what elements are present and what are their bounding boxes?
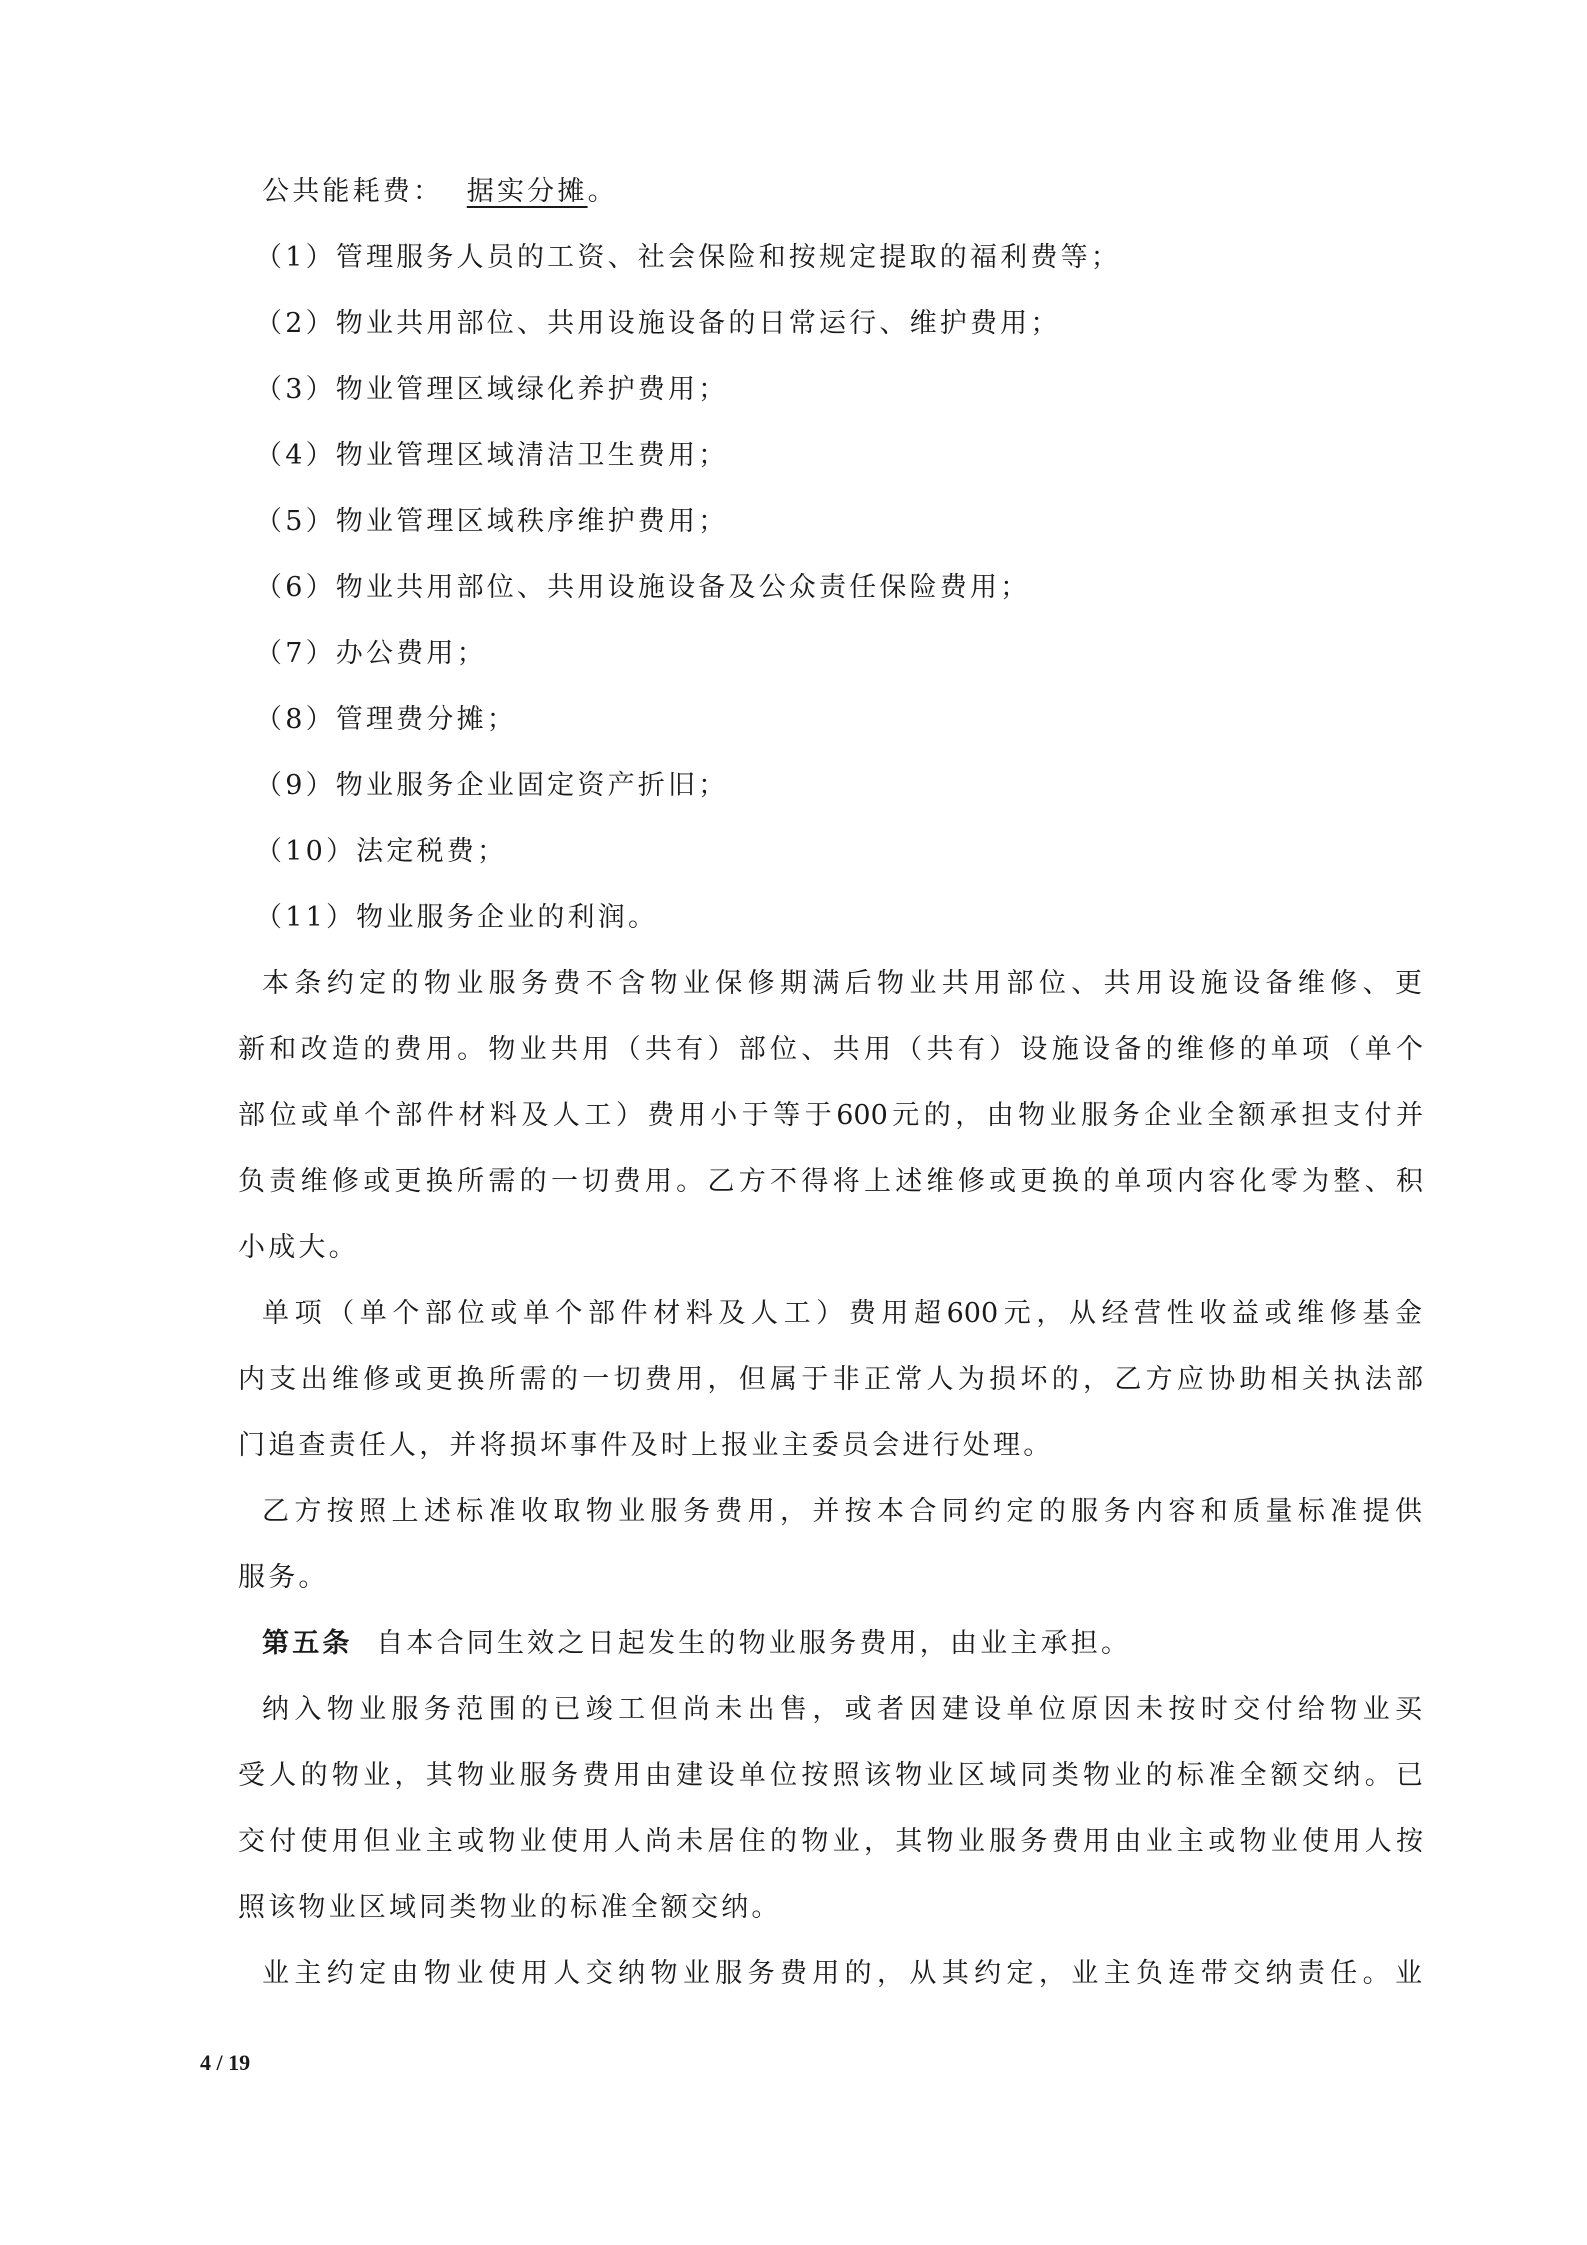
paragraph-line: 负责维修或更换所需的一切费用。乙方不得将上述维修或更换的单项内容化零为整、积 <box>238 1162 1423 1202</box>
energy-fee-value: 据实分摊 <box>467 176 588 207</box>
list-item: （7）办公费用； <box>255 634 1440 674</box>
list-item: （8）管理费分摊； <box>255 700 1440 740</box>
list-item: （5）物业管理区域秩序维护费用； <box>255 502 1440 542</box>
list-item: （6）物业共用部位、共用设施设备及公众责任保险费用； <box>255 568 1440 608</box>
paragraph-line: 纳入物业服务范围的已竣工但尚未出售，或者因建设单位原因未按时交付给物业买 <box>262 1690 1422 1730</box>
paragraph-line: 新和改造的费用。物业共用（共有）部位、共用（共有）设施设备的维修的单项（单个 <box>238 1030 1423 1070</box>
paragraph-line: 服务。 <box>238 1558 1423 1598</box>
energy-fee-label: 公共能耗费： <box>262 176 443 207</box>
paragraph-line: 门追查责任人，并将损坏事件及时上报业主委员会进行处理。 <box>238 1426 1423 1466</box>
energy-fee-end: 。 <box>588 176 618 207</box>
list-item: （10）法定税费； <box>255 832 1440 872</box>
list-item: （1）管理服务人员的工资、社会保险和按规定提取的福利费等； <box>255 238 1440 278</box>
paragraph-line: 交付使用但业主或物业使用人尚未居住的物业，其物业服务费用由业主或物业使用人按 <box>238 1822 1423 1862</box>
article-heading: 第五条 <box>262 1628 353 1659</box>
article-five-line: 第五条 自本合同生效之日起发生的物业服务费用，由业主承担。 <box>262 1624 1447 1664</box>
list-item: （3）物业管理区域绿化养护费用； <box>255 370 1440 410</box>
paragraph-line: 单项（单个部位或单个部件材料及人工）费用超600元，从经营性收益或维修基金 <box>262 1294 1422 1334</box>
list-item: （4）物业管理区域清洁卫生费用； <box>255 436 1440 476</box>
list-item: （2）物业共用部位、共用设施设备的日常运行、维护费用； <box>255 304 1440 344</box>
paragraph-line: 照该物业区域同类物业的标准全额交纳。 <box>238 1888 1423 1928</box>
page-number: 4 / 19 <box>200 2050 250 2076</box>
paragraph-line: 小成大。 <box>238 1228 1423 1268</box>
article-text: 自本合同生效之日起发生的物业服务费用，由业主承担。 <box>376 1628 1131 1659</box>
paragraph-line: 乙方按照上述标准收取物业服务费用，并按本合同约定的服务内容和质量标准提供 <box>262 1492 1422 1532</box>
energy-fee-line: 公共能耗费： 据实分摊。 <box>262 172 1447 212</box>
paragraph-line: 本条约定的物业服务费不含物业保修期满后物业共用部位、共用设施设备维修、更 <box>262 964 1422 1004</box>
paragraph-line: 业主约定由物业使用人交纳物业服务费用的，从其约定，业主负连带交纳责任。业 <box>262 1954 1422 1994</box>
paragraph-line: 受人的物业，其物业服务费用由建设单位按照该物业区域同类物业的标准全额交纳。已 <box>238 1756 1423 1796</box>
list-item: （11）物业服务企业的利润。 <box>255 898 1440 938</box>
list-item: （9）物业服务企业固定资产折旧； <box>255 766 1440 806</box>
paragraph-line: 部位或单个部件材料及人工）费用小于等于600元的，由物业服务企业全额承担支付并 <box>238 1096 1423 1136</box>
document-page: 公共能耗费： 据实分摊。 （1）管理服务人员的工资、社会保险和按规定提取的福利费… <box>0 0 1587 2245</box>
paragraph-line: 内支出维修或更换所需的一切费用，但属于非正常人为损坏的，乙方应协助相关执法部 <box>238 1360 1423 1400</box>
